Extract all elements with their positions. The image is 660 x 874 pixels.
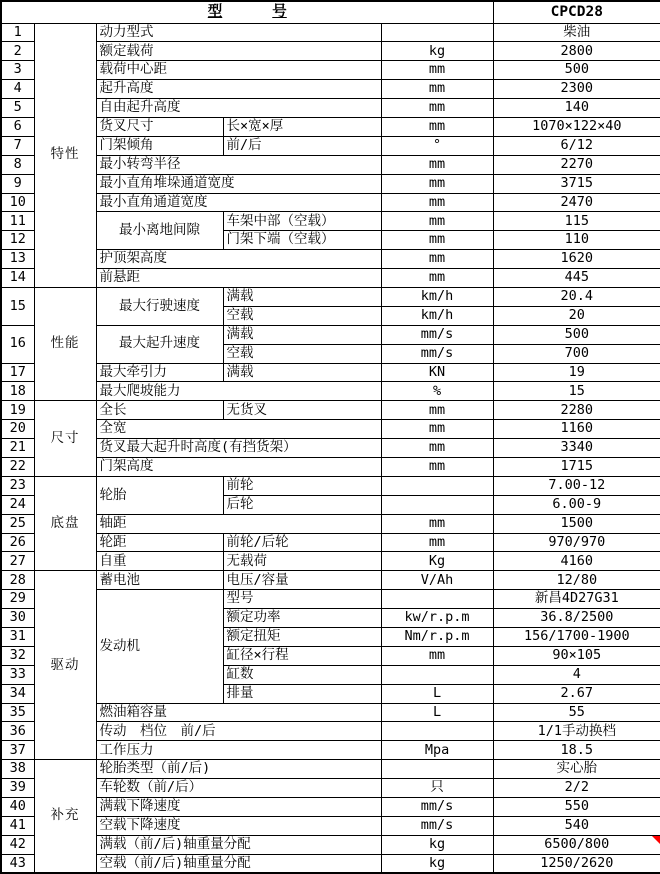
table-row: 38补充轮胎类型（前/后)实心胎 — [1, 760, 660, 779]
model-header-label: 型 — [208, 4, 223, 20]
param-cell: 蓄电池 — [96, 571, 223, 590]
unit-cell: kg — [381, 42, 493, 61]
value-cell: 4160 — [493, 552, 660, 571]
category-cell: 底盘 — [34, 476, 96, 570]
value-cell: 1070×122×40 — [493, 117, 660, 136]
table-row: 16最大起升速度满载mm/s500 — [1, 325, 660, 344]
table-row: 1特性动力型式柴油 — [1, 23, 660, 42]
param-cell: 最小直角堆垛通道宽度 — [96, 174, 381, 193]
value-cell: 2470 — [493, 193, 660, 212]
value-cell: 550 — [493, 798, 660, 817]
unit-cell: mm — [381, 439, 493, 458]
unit-cell: mm/s — [381, 816, 493, 835]
sub-param-cell: 无载荷 — [223, 552, 381, 571]
param-cell: 门架高度 — [96, 457, 381, 476]
table-row: 6货叉尺寸长×宽×厚mm1070×122×40 — [1, 117, 660, 136]
value-cell: 2.67 — [493, 684, 660, 703]
value-cell: 12/80 — [493, 571, 660, 590]
value-cell: 15 — [493, 382, 660, 401]
unit-cell: Kg — [381, 552, 493, 571]
unit-cell: mm — [381, 457, 493, 476]
unit-cell: L — [381, 684, 493, 703]
sub-param-cell: 缸径×行程 — [223, 646, 381, 665]
value-cell: 6/12 — [493, 136, 660, 155]
table-row: 10最小直角通道宽度mm2470 — [1, 193, 660, 212]
sub-param-cell: 型号 — [223, 590, 381, 609]
row-number-cell: 24 — [1, 495, 34, 514]
table-row: 11最小离地间隙车架中部（空载）mm115 — [1, 212, 660, 231]
table-row: 25轴距mm1500 — [1, 514, 660, 533]
value-cell: 110 — [493, 231, 660, 250]
row-number-cell: 15 — [1, 287, 34, 325]
table-row: 26轮距前轮/后轮mm970/970 — [1, 533, 660, 552]
value-cell: 540 — [493, 816, 660, 835]
table-row: 23底盘轮胎前轮7.00-12 — [1, 476, 660, 495]
unit-cell: km/h — [381, 287, 493, 306]
unit-cell: Nm/r.p.m — [381, 628, 493, 647]
unit-cell: mm/s — [381, 344, 493, 363]
unit-cell: mm — [381, 117, 493, 136]
row-number-cell: 2 — [1, 42, 34, 61]
table-row: 22门架高度mm1715 — [1, 457, 660, 476]
sub-param-cell: 电压/容量 — [223, 571, 381, 590]
table-row: 7门架倾角前/后°6/12 — [1, 136, 660, 155]
param-cell: 满载（前/后)轴重量分配 — [96, 835, 381, 854]
row-number-cell: 11 — [1, 212, 34, 231]
table-row: 43空载（前/后)轴重量分配kg1250/2620 — [1, 854, 660, 873]
param-cell: 燃油箱容量 — [96, 703, 381, 722]
unit-cell — [381, 23, 493, 42]
value-cell: 1/1手动换档 — [493, 722, 660, 741]
row-number-cell: 42 — [1, 835, 34, 854]
unit-cell: kg — [381, 854, 493, 873]
unit-cell: mm — [381, 80, 493, 99]
value-cell: 700 — [493, 344, 660, 363]
sub-param-cell: 额定功率 — [223, 609, 381, 628]
unit-cell: mm — [381, 514, 493, 533]
sub-param-cell: 前/后 — [223, 136, 381, 155]
unit-cell: ° — [381, 136, 493, 155]
param-cell: 护顶架高度 — [96, 250, 381, 269]
row-number-cell: 14 — [1, 269, 34, 288]
row-number-cell: 27 — [1, 552, 34, 571]
unit-cell: L — [381, 703, 493, 722]
value-cell: 6.00-9 — [493, 495, 660, 514]
row-number-cell: 35 — [1, 703, 34, 722]
table-row: 3载荷中心距mm500 — [1, 61, 660, 80]
value-cell: 970/970 — [493, 533, 660, 552]
param-cell: 车轮数（前/后） — [96, 779, 381, 798]
param-cell: 最小转弯半径 — [96, 155, 381, 174]
comment-marker-icon — [652, 836, 660, 844]
value-cell: 20.4 — [493, 287, 660, 306]
row-number-cell: 26 — [1, 533, 34, 552]
spec-sheet: 型号 CPCD28 1特性动力型式柴油2额定载荷kg28003载荷中心距mm50… — [0, 0, 660, 874]
table-row: 13护顶架高度mm1620 — [1, 250, 660, 269]
value-cell: 3715 — [493, 174, 660, 193]
table-row: 29发动机型号新昌4D27G31 — [1, 590, 660, 609]
row-number-cell: 34 — [1, 684, 34, 703]
row-number-cell: 9 — [1, 174, 34, 193]
table-row: 14前悬距mm445 — [1, 269, 660, 288]
row-number-cell: 36 — [1, 722, 34, 741]
sub-param-cell: 前轮/后轮 — [223, 533, 381, 552]
category-cell: 驱动 — [34, 571, 96, 760]
unit-cell: KN — [381, 363, 493, 382]
table-row: 2额定载荷kg2800 — [1, 42, 660, 61]
value-cell: 36.8/2500 — [493, 609, 660, 628]
row-number-cell: 39 — [1, 779, 34, 798]
row-number-cell: 4 — [1, 80, 34, 99]
value-cell: 2280 — [493, 401, 660, 420]
table-row: 9最小直角堆垛通道宽度mm3715 — [1, 174, 660, 193]
param-cell: 满载下降速度 — [96, 798, 381, 817]
param-cell: 空载（前/后)轴重量分配 — [96, 854, 381, 873]
row-number-cell: 5 — [1, 99, 34, 118]
value-cell: 500 — [493, 61, 660, 80]
row-number-cell: 25 — [1, 514, 34, 533]
sub-param-cell: 满载 — [223, 325, 381, 344]
row-number-cell: 12 — [1, 231, 34, 250]
value-cell: 6500/800 — [493, 835, 660, 854]
row-number-cell: 31 — [1, 628, 34, 647]
param-cell: 轴距 — [96, 514, 381, 533]
category-cell: 尺寸 — [34, 401, 96, 477]
value-cell: 2270 — [493, 155, 660, 174]
param-cell: 最小离地间隙 — [96, 212, 223, 250]
value-cell: 3340 — [493, 439, 660, 458]
row-number-cell: 21 — [1, 439, 34, 458]
table-row: 35燃油箱容量L55 — [1, 703, 660, 722]
unit-cell: kw/r.p.m — [381, 609, 493, 628]
row-number-cell: 28 — [1, 571, 34, 590]
value-cell: 18.5 — [493, 741, 660, 760]
unit-cell: Mpa — [381, 741, 493, 760]
row-number-cell: 22 — [1, 457, 34, 476]
row-number-cell: 19 — [1, 401, 34, 420]
param-cell: 轮胎 — [96, 476, 223, 514]
row-number-cell: 43 — [1, 854, 34, 873]
table-row: 41空载下降速度mm/s540 — [1, 816, 660, 835]
table-row: 4起升高度mm2300 — [1, 80, 660, 99]
value-cell: 1715 — [493, 457, 660, 476]
category-cell: 特性 — [34, 23, 96, 287]
table-row: 36传动 档位 前/后1/1手动换档 — [1, 722, 660, 741]
header-row: 型号 CPCD28 — [1, 1, 660, 23]
value-cell: 1620 — [493, 250, 660, 269]
value-cell: 445 — [493, 269, 660, 288]
table-row: 27自重无载荷Kg4160 — [1, 552, 660, 571]
unit-cell: mm — [381, 533, 493, 552]
row-number-cell: 16 — [1, 325, 34, 363]
sub-param-cell: 排量 — [223, 684, 381, 703]
param-cell: 轮胎类型（前/后) — [96, 760, 381, 779]
value-cell: 55 — [493, 703, 660, 722]
sub-param-cell: 门架下端（空载） — [223, 231, 381, 250]
unit-cell — [381, 665, 493, 684]
unit-cell: mm — [381, 401, 493, 420]
param-cell: 最大牵引力 — [96, 363, 223, 382]
table-row: 42满载（前/后)轴重量分配kg6500/800 — [1, 835, 660, 854]
row-number-cell: 38 — [1, 760, 34, 779]
unit-cell: mm — [381, 250, 493, 269]
row-number-cell: 6 — [1, 117, 34, 136]
sub-param-cell: 车架中部（空载） — [223, 212, 381, 231]
value-cell: 2800 — [493, 42, 660, 61]
sub-param-cell: 前轮 — [223, 476, 381, 495]
value-cell: 7.00-12 — [493, 476, 660, 495]
sub-param-cell: 空载 — [223, 306, 381, 325]
table-row: 17最大牵引力满载KN19 — [1, 363, 660, 382]
param-cell: 轮距 — [96, 533, 223, 552]
param-cell: 最小直角通道宽度 — [96, 193, 381, 212]
sub-param-cell: 额定扭矩 — [223, 628, 381, 647]
model-header-cell: 型号 — [1, 1, 493, 23]
param-cell: 额定载荷 — [96, 42, 381, 61]
unit-cell — [381, 495, 493, 514]
unit-cell: km/h — [381, 306, 493, 325]
value-cell: 140 — [493, 99, 660, 118]
param-cell: 空载下降速度 — [96, 816, 381, 835]
sub-param-cell: 满载 — [223, 287, 381, 306]
table-row: 20全宽mm1160 — [1, 420, 660, 439]
unit-cell: 只 — [381, 779, 493, 798]
unit-cell — [381, 476, 493, 495]
param-cell: 动力型式 — [96, 23, 381, 42]
param-cell: 工作压力 — [96, 741, 381, 760]
row-number-cell: 10 — [1, 193, 34, 212]
table-row: 28驱动蓄电池电压/容量V/Ah12/80 — [1, 571, 660, 590]
unit-cell: mm — [381, 269, 493, 288]
row-number-cell: 41 — [1, 816, 34, 835]
unit-cell — [381, 722, 493, 741]
row-number-cell: 7 — [1, 136, 34, 155]
row-number-cell: 37 — [1, 741, 34, 760]
sub-param-cell: 缸数 — [223, 665, 381, 684]
row-number-cell: 13 — [1, 250, 34, 269]
value-cell: 20 — [493, 306, 660, 325]
unit-cell: mm — [381, 646, 493, 665]
spec-table: 型号 CPCD28 1特性动力型式柴油2额定载荷kg28003载荷中心距mm50… — [0, 0, 660, 874]
row-number-cell: 1 — [1, 23, 34, 42]
row-number-cell: 40 — [1, 798, 34, 817]
table-row: 15性能最大行驶速度满载km/h20.4 — [1, 287, 660, 306]
unit-cell: mm — [381, 155, 493, 174]
table-row: 18最大爬坡能力%15 — [1, 382, 660, 401]
param-cell: 自由起升高度 — [96, 99, 381, 118]
param-cell: 货叉最大起升时高度(有挡货架） — [96, 439, 381, 458]
table-row: 5自由起升高度mm140 — [1, 99, 660, 118]
unit-cell: mm — [381, 212, 493, 231]
row-number-cell: 17 — [1, 363, 34, 382]
unit-cell — [381, 760, 493, 779]
param-cell: 起升高度 — [96, 80, 381, 99]
category-cell: 补充 — [34, 760, 96, 873]
value-cell: 1160 — [493, 420, 660, 439]
row-number-cell: 32 — [1, 646, 34, 665]
param-cell: 全长 — [96, 401, 223, 420]
unit-cell: mm — [381, 193, 493, 212]
model-value-cell: CPCD28 — [493, 1, 660, 23]
value-cell: 1250/2620 — [493, 854, 660, 873]
param-cell: 最大行驶速度 — [96, 287, 223, 325]
value-cell: 90×105 — [493, 646, 660, 665]
param-cell: 最大起升速度 — [96, 325, 223, 363]
sub-param-cell: 长×宽×厚 — [223, 117, 381, 136]
value-cell: 500 — [493, 325, 660, 344]
row-number-cell: 20 — [1, 420, 34, 439]
value-cell: 115 — [493, 212, 660, 231]
table-row: 21货叉最大起升时高度(有挡货架）mm3340 — [1, 439, 660, 458]
param-cell: 自重 — [96, 552, 223, 571]
row-number-cell: 18 — [1, 382, 34, 401]
value-cell: 156/1700-1900 — [493, 628, 660, 647]
model-header-label: 号 — [272, 4, 287, 20]
value-cell: 2300 — [493, 80, 660, 99]
table-row: 39车轮数（前/后）只2/2 — [1, 779, 660, 798]
row-number-cell: 3 — [1, 61, 34, 80]
unit-cell: mm — [381, 61, 493, 80]
param-cell: 前悬距 — [96, 269, 381, 288]
sub-param-cell: 满载 — [223, 363, 381, 382]
sub-param-cell: 后轮 — [223, 495, 381, 514]
sub-param-cell: 空载 — [223, 344, 381, 363]
param-cell: 载荷中心距 — [96, 61, 381, 80]
value-cell: 新昌4D27G31 — [493, 590, 660, 609]
value-cell: 19 — [493, 363, 660, 382]
row-number-cell: 8 — [1, 155, 34, 174]
row-number-cell: 29 — [1, 590, 34, 609]
param-cell: 全宽 — [96, 420, 381, 439]
unit-cell: mm — [381, 231, 493, 250]
row-number-cell: 23 — [1, 476, 34, 495]
table-row: 19尺寸全长无货叉mm2280 — [1, 401, 660, 420]
unit-cell: % — [381, 382, 493, 401]
row-number-cell: 33 — [1, 665, 34, 684]
param-cell: 门架倾角 — [96, 136, 223, 155]
row-number-cell: 30 — [1, 609, 34, 628]
param-cell: 最大爬坡能力 — [96, 382, 381, 401]
param-cell: 传动 档位 前/后 — [96, 722, 381, 741]
unit-cell — [381, 590, 493, 609]
unit-cell: mm/s — [381, 798, 493, 817]
param-cell: 发动机 — [96, 590, 223, 703]
table-row: 37工作压力Mpa18.5 — [1, 741, 660, 760]
value-cell: 实心胎 — [493, 760, 660, 779]
unit-cell: mm/s — [381, 325, 493, 344]
unit-cell: mm — [381, 420, 493, 439]
value-cell: 4 — [493, 665, 660, 684]
table-row: 40满载下降速度mm/s550 — [1, 798, 660, 817]
table-row: 8最小转弯半径mm2270 — [1, 155, 660, 174]
unit-cell: mm — [381, 174, 493, 193]
param-cell: 货叉尺寸 — [96, 117, 223, 136]
value-cell: 柴油 — [493, 23, 660, 42]
unit-cell: kg — [381, 835, 493, 854]
unit-cell: mm — [381, 99, 493, 118]
unit-cell: V/Ah — [381, 571, 493, 590]
value-cell: 1500 — [493, 514, 660, 533]
sub-param-cell: 无货叉 — [223, 401, 381, 420]
value-cell: 2/2 — [493, 779, 660, 798]
category-cell: 性能 — [34, 287, 96, 400]
